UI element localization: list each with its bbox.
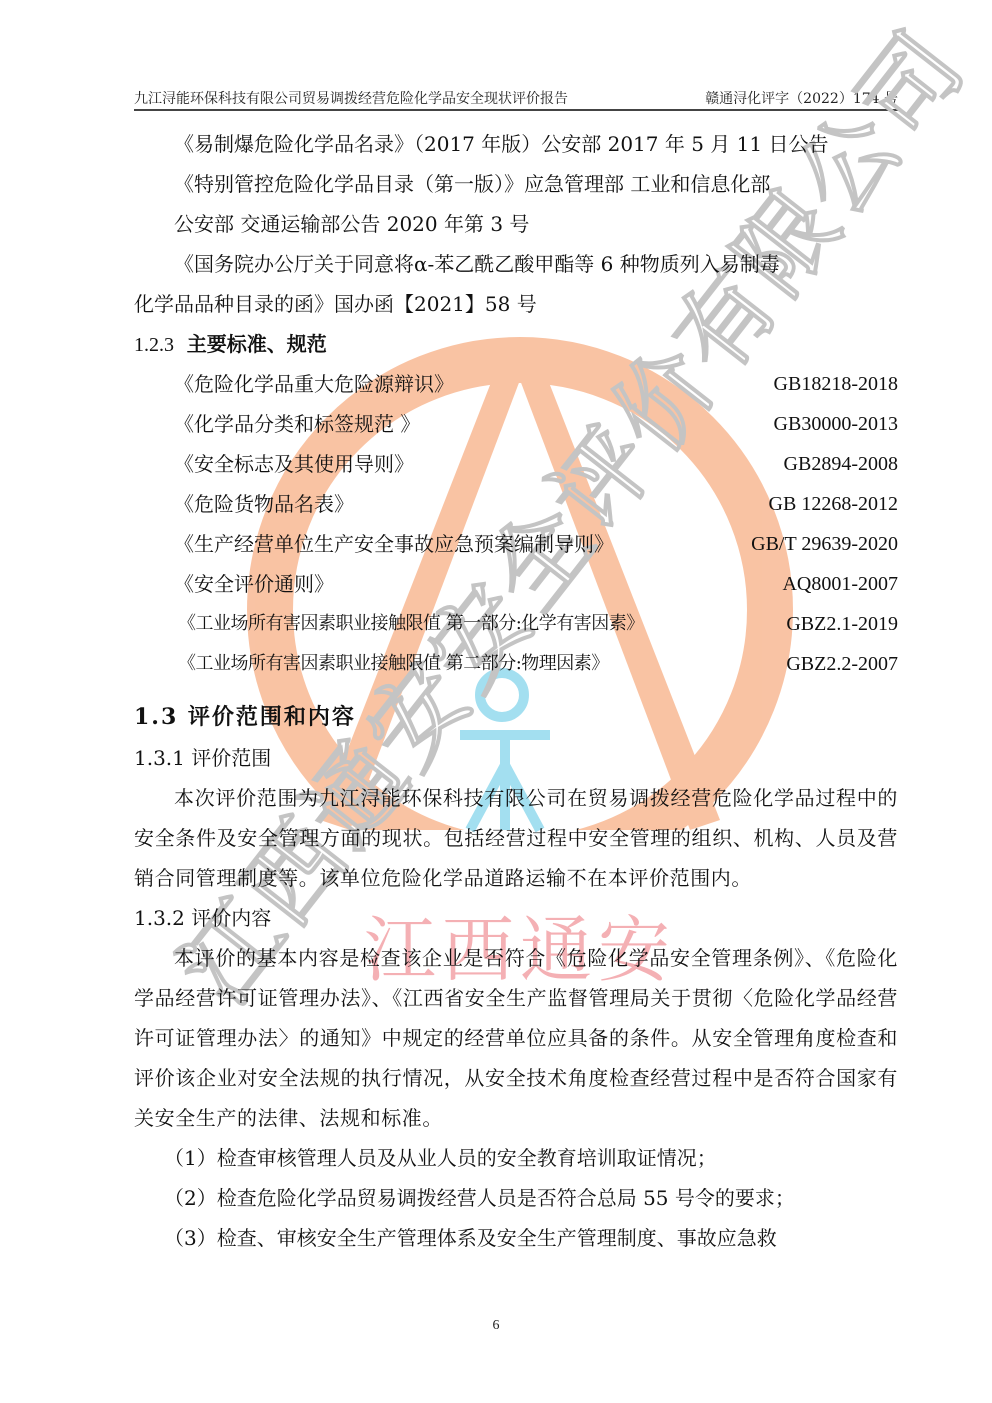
document-page: 九江浔能环保科技有限公司贸易调拨经营危险化学品安全现状评价报告 赣通浔化评字（2…	[0, 0, 992, 1403]
standards-list: 《危险化学品重大危险源辩识》 GB18218-2018 《化学品分类和标签规范 …	[134, 364, 898, 684]
standard-name: 《危险货物品名表》	[174, 484, 354, 524]
standard-code: GB2894-2008	[784, 444, 898, 484]
regulation-line: 《特别管控危险化学品目录（第一版）》应急管理部 工业和信息化部	[134, 164, 898, 204]
standard-row: 《工业场所有害因素职业接触限值 第二部分:物理因素》 GBZ2.2-2007	[134, 644, 898, 684]
standard-code: GB 12268-2012	[769, 484, 898, 524]
standard-code: GB30000-2013	[774, 404, 898, 444]
section-heading-1-3-1: 1.3.1 评价范围	[134, 738, 898, 778]
standard-row: 《化学品分类和标签规范 》 GB30000-2013	[134, 404, 898, 444]
regulation-line: 公安部 交通运输部公告 2020 年第 3 号	[134, 204, 898, 244]
evaluation-item: （1）检查审核管理人员及从业人员的安全教育培训取证情况；	[134, 1138, 898, 1178]
regulation-line: 化学品品种目录的函》国办函【2021】58 号	[134, 284, 898, 324]
page-number: 6	[0, 1318, 992, 1334]
report-title: 九江浔能环保科技有限公司贸易调拨经营危险化学品安全现状评价报告	[134, 88, 568, 108]
section-heading-1-2-3: 1.2.3 主要标准、规范	[134, 324, 898, 364]
section-heading-1-3: 1.3 评价范围和内容	[134, 696, 898, 738]
section-number: 1.2.3	[134, 334, 174, 356]
standard-name: 《化学品分类和标签规范 》	[174, 404, 420, 444]
standard-row: 《危险货物品名表》 GB 12268-2012	[134, 484, 898, 524]
standard-name: 《安全标志及其使用导则》	[174, 444, 414, 484]
standard-row: 《生产经营单位生产安全事故应急预案编制导则》 GB/T 29639-2020	[134, 524, 898, 564]
section-title: 主要标准、规范	[187, 332, 327, 356]
standard-row: 《工业场所有害因素职业接触限值 第一部分:化学有害因素》 GBZ2.1-2019	[134, 604, 898, 644]
report-reference-number: 赣通浔化评字（2022）174 号	[705, 88, 898, 108]
standard-code: GB18218-2018	[774, 364, 898, 404]
standard-code: GBZ2.2-2007	[786, 644, 898, 684]
document-body: 《易制爆危险化学品名录》（2017 年版）公安部 2017 年 5 月 11 日…	[134, 124, 898, 1258]
evaluation-item: （3）检查、审核安全生产管理体系及安全生产管理制度、事故应急救	[134, 1218, 898, 1258]
standard-name: 《生产经营单位生产安全事故应急预案编制导则》	[174, 524, 614, 564]
standard-name: 《工业场所有害因素职业接触限值 第二部分:物理因素》	[178, 644, 609, 684]
standard-name: 《安全评价通则》	[174, 564, 334, 604]
evaluation-content-paragraph: 本评价的基本内容是检查该企业是否符合《危险化学品安全管理条例》、《危险化学品经营…	[134, 938, 898, 1138]
running-header: 九江浔能环保科技有限公司贸易调拨经营危险化学品安全现状评价报告 赣通浔化评字（2…	[134, 84, 898, 108]
regulation-line: 《国务院办公厅关于同意将α-苯乙酰乙酸甲酯等 6 种物质列入易制毒	[134, 244, 898, 284]
standard-row: 《安全标志及其使用导则》 GB2894-2008	[134, 444, 898, 484]
header-rule	[134, 109, 898, 111]
evaluation-scope-paragraph: 本次评价范围为九江浔能环保科技有限公司在贸易调拨经营危险化学品过程中的安全条件及…	[134, 778, 898, 898]
standard-code: GBZ2.1-2019	[786, 604, 898, 644]
standard-name: 《工业场所有害因素职业接触限值 第一部分:化学有害因素》	[178, 604, 644, 644]
section-heading-1-3-2: 1.3.2 评价内容	[134, 898, 898, 938]
standard-row: 《危险化学品重大危险源辩识》 GB18218-2018	[134, 364, 898, 404]
standard-row: 《安全评价通则》 AQ8001-2007	[134, 564, 898, 604]
standard-code: GB/T 29639-2020	[751, 524, 898, 564]
regulation-line: 《易制爆危险化学品名录》（2017 年版）公安部 2017 年 5 月 11 日…	[134, 124, 898, 164]
standard-name: 《危险化学品重大危险源辩识》	[174, 364, 454, 404]
evaluation-item: （2）检查危险化学品贸易调拨经营人员是否符合总局 55 号令的要求；	[134, 1178, 898, 1218]
standard-code: AQ8001-2007	[782, 564, 898, 604]
